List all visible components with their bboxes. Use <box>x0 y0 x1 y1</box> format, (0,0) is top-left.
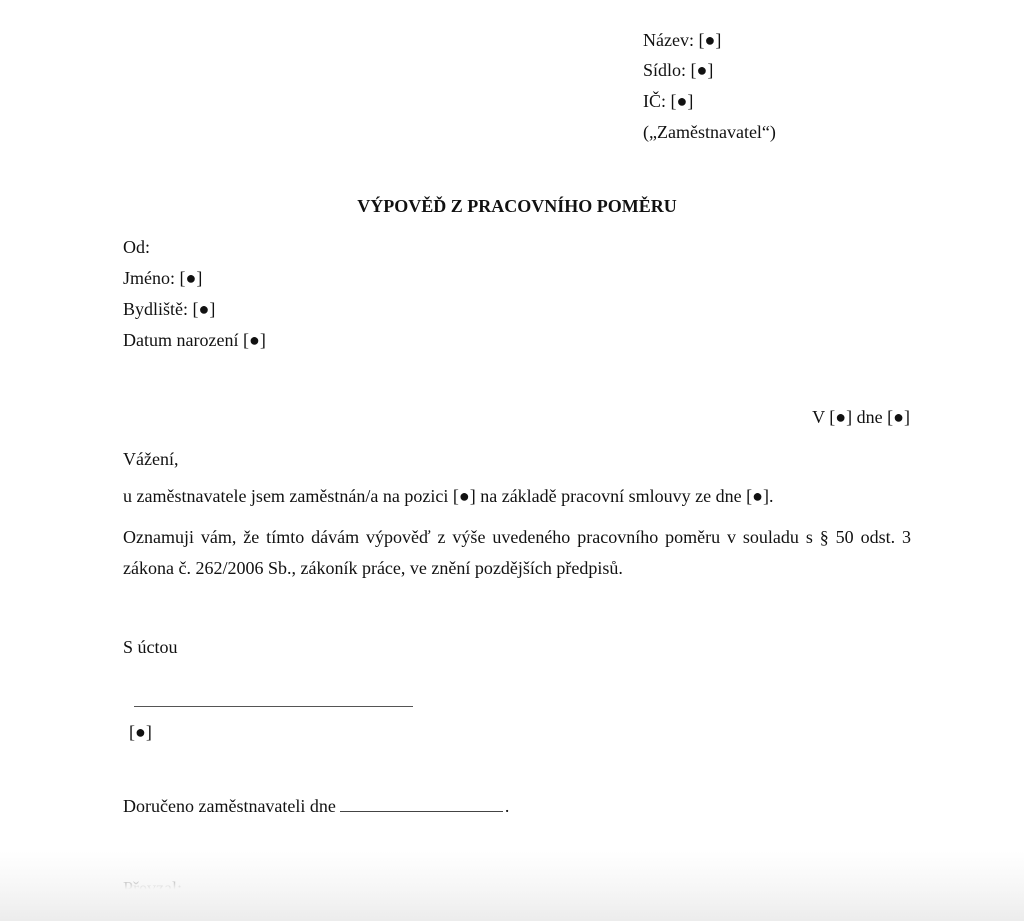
document-title: VÝPOVĚĎ Z PRACOVNÍHO POMĚRU <box>0 195 1024 217</box>
salutation: Vážení, <box>123 448 178 470</box>
delivery-label: Doručeno zaměstnavateli dne <box>123 796 336 816</box>
document-page: Název: [●] Sídlo: [●] IČ: [●] („Zaměstna… <box>0 0 1024 921</box>
delivery-end: . <box>505 796 510 816</box>
paragraph-employment: u zaměstnavatele jsem zaměstnán/a na poz… <box>123 485 773 507</box>
received-by-label: Převzal: <box>123 877 182 899</box>
sender-name: Jméno: [●] <box>123 267 202 289</box>
signature-line <box>134 706 413 707</box>
employer-id: IČ: [●] <box>643 90 693 112</box>
closing-regards: S úctou <box>123 636 178 658</box>
signature-name: [●] <box>129 721 152 743</box>
employer-seat: Sídlo: [●] <box>643 59 713 81</box>
delivery-row: Doručeno zaměstnavateli dne. <box>123 795 509 817</box>
employer-name: Název: [●] <box>643 29 721 51</box>
sender-from-label: Od: <box>123 236 150 258</box>
place-and-date: V [●] dne [●] <box>812 406 910 428</box>
sender-address: Bydliště: [●] <box>123 298 215 320</box>
sender-birth-date: Datum narození [●] <box>123 329 266 351</box>
employer-designation: („Zaměstnavatel“) <box>643 121 776 143</box>
paragraph-notice: Oznamuji vám, že tímto dávám výpověď z v… <box>123 522 911 584</box>
delivery-date-blank[interactable] <box>340 796 503 812</box>
